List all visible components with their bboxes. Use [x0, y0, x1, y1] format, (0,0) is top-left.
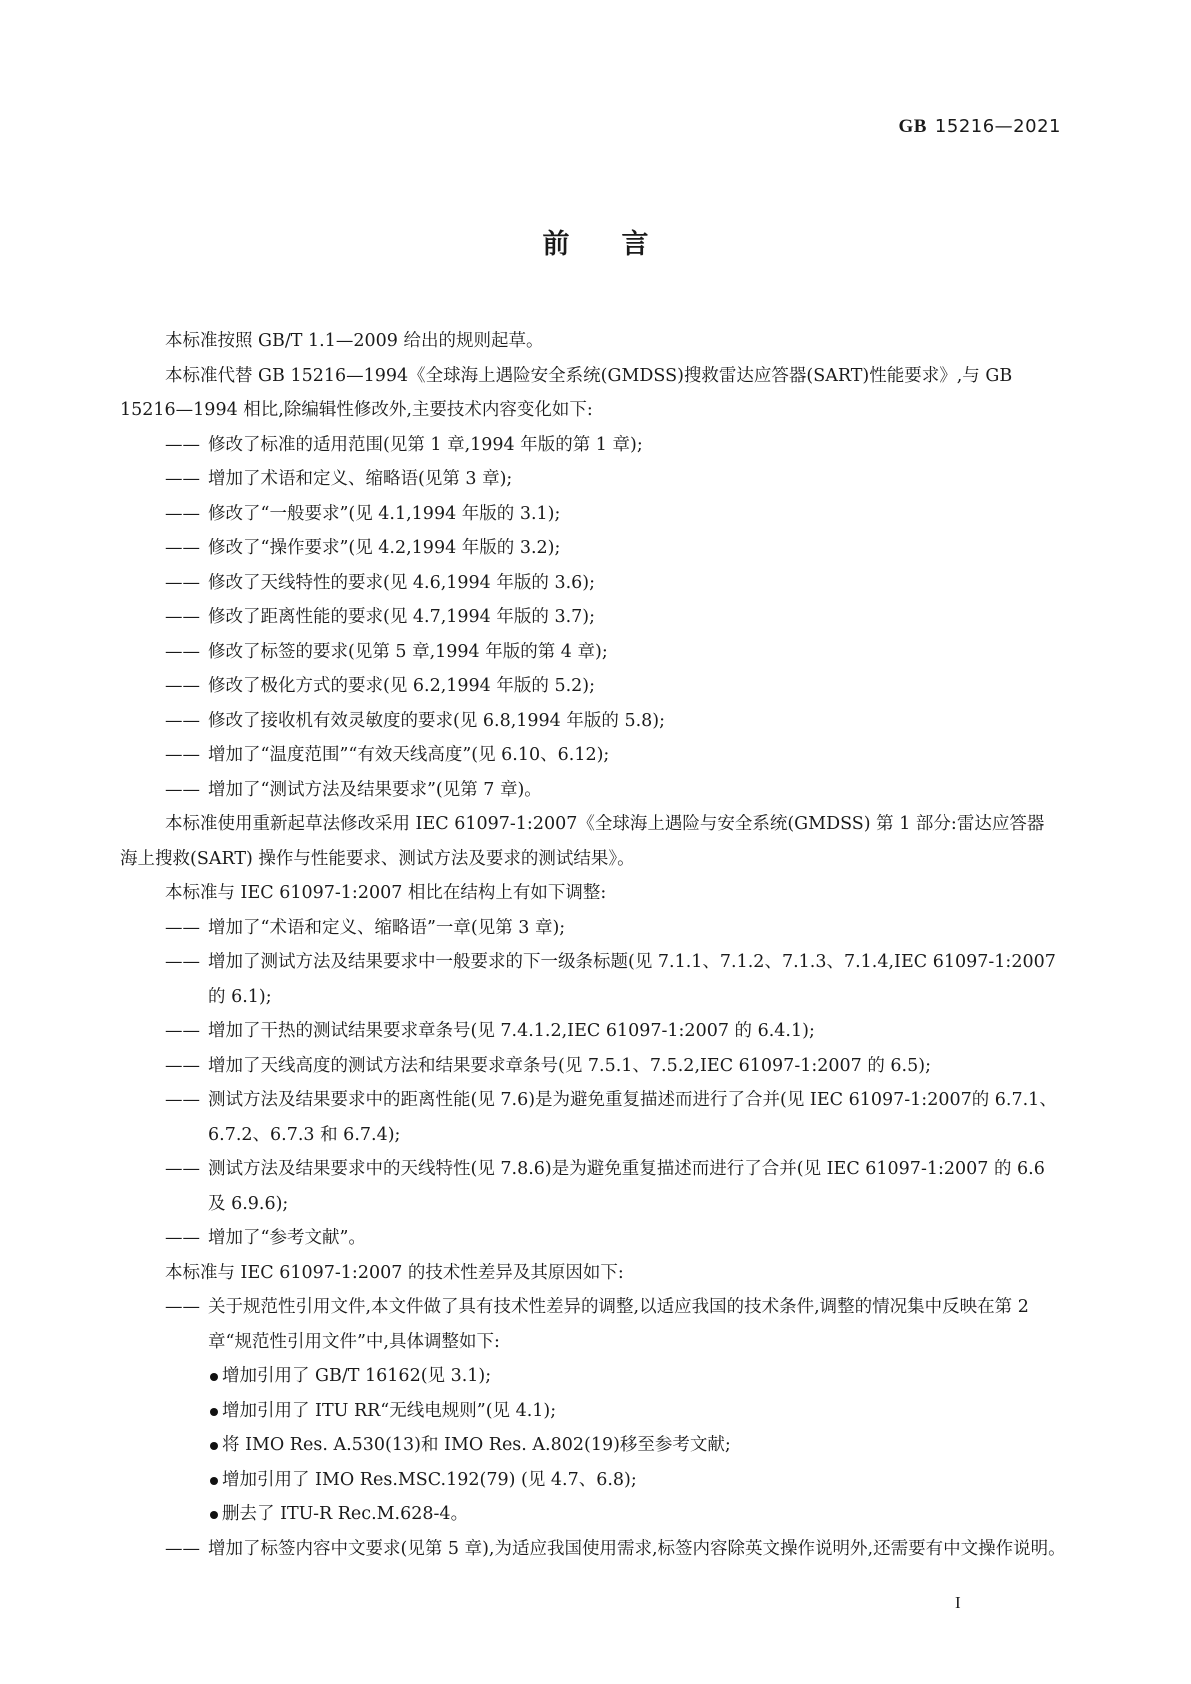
list-item-text: 修改了标准的适用范围(见第 1 章,1994 年版的第 1 章);: [208, 435, 643, 455]
paragraph-structure-intro: 本标准与 IEC 61097-1:2007 相比在结构上有如下调整:: [120, 876, 1066, 911]
list-item-text: 修改了距离性能的要求(见 4.7,1994 年版的 3.7);: [208, 607, 595, 627]
list-item-text: 增加了标签内容中文要求(见第 5 章),为适应我国使用需求,标签内容除英文操作说…: [208, 1539, 1066, 1559]
list-item: ——修改了接收机有效灵敏度的要求(见 6.8,1994 年版的 5.8);: [120, 704, 1066, 739]
list-item: ——增加了“温度范围”“有效天线高度”(见 6.10、6.12);: [120, 738, 1066, 773]
dash-mark: ——: [165, 1049, 200, 1084]
bullet-text: 增加引用了 ITU RR“无线电规则”(见 4.1);: [222, 1401, 556, 1421]
list-item: ——修改了距离性能的要求(见 4.7,1994 年版的 3.7);: [120, 600, 1066, 635]
paragraph-adoption: 本标准使用重新起草法修改采用 IEC 61097-1:2007《全球海上遇险与安…: [120, 807, 1066, 876]
bullet-text: 将 IMO Res. A.530(13)和 IMO Res. A.802(19)…: [222, 1435, 731, 1455]
bullet-dot-icon: [210, 1477, 218, 1485]
document-body: 本标准按照 GB/T 1.1—2009 给出的规则起草。 本标准代替 GB 15…: [120, 324, 1066, 1566]
dash-mark: ——: [165, 462, 200, 497]
list-item-text: 增加了“测试方法及结果要求”(见第 7 章)。: [208, 780, 542, 800]
structure-list: ——增加了“术语和定义、缩略语”一章(见第 3 章); ——增加了测试方法及结果…: [120, 911, 1066, 1256]
page-number: I: [955, 1593, 961, 1613]
dash-mark: ——: [165, 1083, 200, 1118]
bullet-item: 将 IMO Res. A.530(13)和 IMO Res. A.802(19)…: [120, 1428, 1066, 1463]
bullet-text: 增加引用了 GB/T 16162(见 3.1);: [222, 1366, 491, 1386]
dash-mark: ——: [165, 704, 200, 739]
list-item: ——修改了标准的适用范围(见第 1 章,1994 年版的第 1 章);: [120, 428, 1066, 463]
paragraph-replaces: 本标准代替 GB 15216—1994《全球海上遇险安全系统(GMDSS)搜救雷…: [120, 359, 1066, 428]
list-item-text: 修改了标签的要求(见第 5 章,1994 年版的第 4 章);: [208, 642, 608, 662]
bullet-item: 增加引用了 IMO Res.MSC.192(79) (见 4.7、6.8);: [120, 1463, 1066, 1498]
dash-mark: ——: [165, 531, 200, 566]
list-item: ——修改了“一般要求”(见 4.1,1994 年版的 3.1);: [120, 497, 1066, 532]
list-item: ——关于规范性引用文件,本文件做了具有技术性差异的调整,以适应我国的技术条件,调…: [120, 1290, 1066, 1359]
list-item: ——增加了“参考文献”。: [120, 1221, 1066, 1256]
bullet-list: 增加引用了 GB/T 16162(见 3.1); 增加引用了 ITU RR“无线…: [120, 1359, 1066, 1532]
list-item: ——增加了标签内容中文要求(见第 5 章),为适应我国使用需求,标签内容除英文操…: [120, 1532, 1066, 1567]
bullet-dot-icon: [210, 1408, 218, 1416]
dash-mark: ——: [165, 738, 200, 773]
list-item-text: 测试方法及结果要求中的天线特性(见 7.8.6)是为避免重复描述而进行了合并(见…: [208, 1159, 1045, 1214]
list-item: ——测试方法及结果要求中的距离性能(见 7.6)是为避免重复描述而进行了合并(见…: [120, 1083, 1066, 1152]
standard-number: 15216—2021: [935, 116, 1061, 137]
page-title: 前言: [0, 222, 1191, 261]
bullet-text: 增加引用了 IMO Res.MSC.192(79) (见 4.7、6.8);: [222, 1470, 637, 1490]
list-item-text: 增加了“参考文献”。: [208, 1228, 366, 1248]
list-item: ——增加了天线高度的测试方法和结果要求章条号(见 7.5.1、7.5.2,IEC…: [120, 1049, 1066, 1084]
list-item: ——增加了“术语和定义、缩略语”一章(见第 3 章);: [120, 911, 1066, 946]
bullet-dot-icon: [210, 1373, 218, 1381]
list-item-text: 修改了“一般要求”(见 4.1,1994 年版的 3.1);: [208, 504, 560, 524]
dash-mark: ——: [165, 1290, 200, 1325]
dash-mark: ——: [165, 669, 200, 704]
list-item-text: 增加了干热的测试结果要求章条号(见 7.4.1.2,IEC 61097-1:20…: [208, 1021, 815, 1041]
list-item-text: 修改了“操作要求”(见 4.2,1994 年版的 3.2);: [208, 538, 560, 558]
dash-mark: ——: [165, 428, 200, 463]
dash-mark: ——: [165, 497, 200, 532]
list-item-text: 修改了天线特性的要求(见 4.6,1994 年版的 3.6);: [208, 573, 595, 593]
bullet-item: 增加引用了 ITU RR“无线电规则”(见 4.1);: [120, 1394, 1066, 1429]
list-item: ——修改了极化方式的要求(见 6.2,1994 年版的 5.2);: [120, 669, 1066, 704]
standard-prefix: GB: [898, 116, 926, 137]
bullet-dot-icon: [210, 1511, 218, 1519]
dash-mark: ——: [165, 1014, 200, 1049]
list-item-text: 增加了“温度范围”“有效天线高度”(见 6.10、6.12);: [208, 745, 609, 765]
list-item-text: 测试方法及结果要求中的距离性能(见 7.6)是为避免重复描述而进行了合并(见 I…: [208, 1090, 1057, 1145]
dash-mark: ——: [165, 635, 200, 670]
header-standard-code: GB15216—2021: [898, 116, 1061, 138]
dash-mark: ——: [165, 945, 200, 980]
list-item-text: 增加了“术语和定义、缩略语”一章(见第 3 章);: [208, 918, 565, 938]
list-item-text: 关于规范性引用文件,本文件做了具有技术性差异的调整,以适应我国的技术条件,调整的…: [208, 1297, 1029, 1352]
list-item: ——修改了天线特性的要求(见 4.6,1994 年版的 3.6);: [120, 566, 1066, 601]
list-item: ——修改了“操作要求”(见 4.2,1994 年版的 3.2);: [120, 531, 1066, 566]
list-item-text: 修改了接收机有效灵敏度的要求(见 6.8,1994 年版的 5.8);: [208, 711, 665, 731]
list-item-text: 增加了天线高度的测试方法和结果要求章条号(见 7.5.1、7.5.2,IEC 6…: [208, 1056, 931, 1076]
list-item: ——增加了“测试方法及结果要求”(见第 7 章)。: [120, 773, 1066, 808]
paragraph-technical-differences: 本标准与 IEC 61097-1:2007 的技术性差异及其原因如下:: [120, 1256, 1066, 1291]
bullet-text: 删去了 ITU-R Rec.M.628-4。: [222, 1504, 468, 1524]
list-item-text: 增加了测试方法及结果要求中一般要求的下一级条标题(见 7.1.1、7.1.2、7…: [208, 952, 1056, 1007]
list-item: ——测试方法及结果要求中的天线特性(见 7.8.6)是为避免重复描述而进行了合并…: [120, 1152, 1066, 1221]
list-item: ——增加了术语和定义、缩略语(见第 3 章);: [120, 462, 1066, 497]
list-item: ——修改了标签的要求(见第 5 章,1994 年版的第 4 章);: [120, 635, 1066, 670]
dash-mark: ——: [165, 911, 200, 946]
bullet-dot-icon: [210, 1442, 218, 1450]
list-item-text: 增加了术语和定义、缩略语(见第 3 章);: [208, 469, 512, 489]
dash-mark: ——: [165, 566, 200, 601]
bullet-item: 删去了 ITU-R Rec.M.628-4。: [120, 1497, 1066, 1532]
dash-mark: ——: [165, 1532, 200, 1567]
dash-mark: ——: [165, 1221, 200, 1256]
dash-mark: ——: [165, 600, 200, 635]
list-item: ——增加了干热的测试结果要求章条号(见 7.4.1.2,IEC 61097-1:…: [120, 1014, 1066, 1049]
list-item: ——增加了测试方法及结果要求中一般要求的下一级条标题(见 7.1.1、7.1.2…: [120, 945, 1066, 1014]
bullet-item: 增加引用了 GB/T 16162(见 3.1);: [120, 1359, 1066, 1394]
dash-mark: ——: [165, 1152, 200, 1187]
changes-list: ——修改了标准的适用范围(见第 1 章,1994 年版的第 1 章); ——增加…: [120, 428, 1066, 808]
list-item-text: 修改了极化方式的要求(见 6.2,1994 年版的 5.2);: [208, 676, 595, 696]
dash-mark: ——: [165, 773, 200, 808]
paragraph-drafting-rules: 本标准按照 GB/T 1.1—2009 给出的规则起草。: [120, 324, 1066, 359]
